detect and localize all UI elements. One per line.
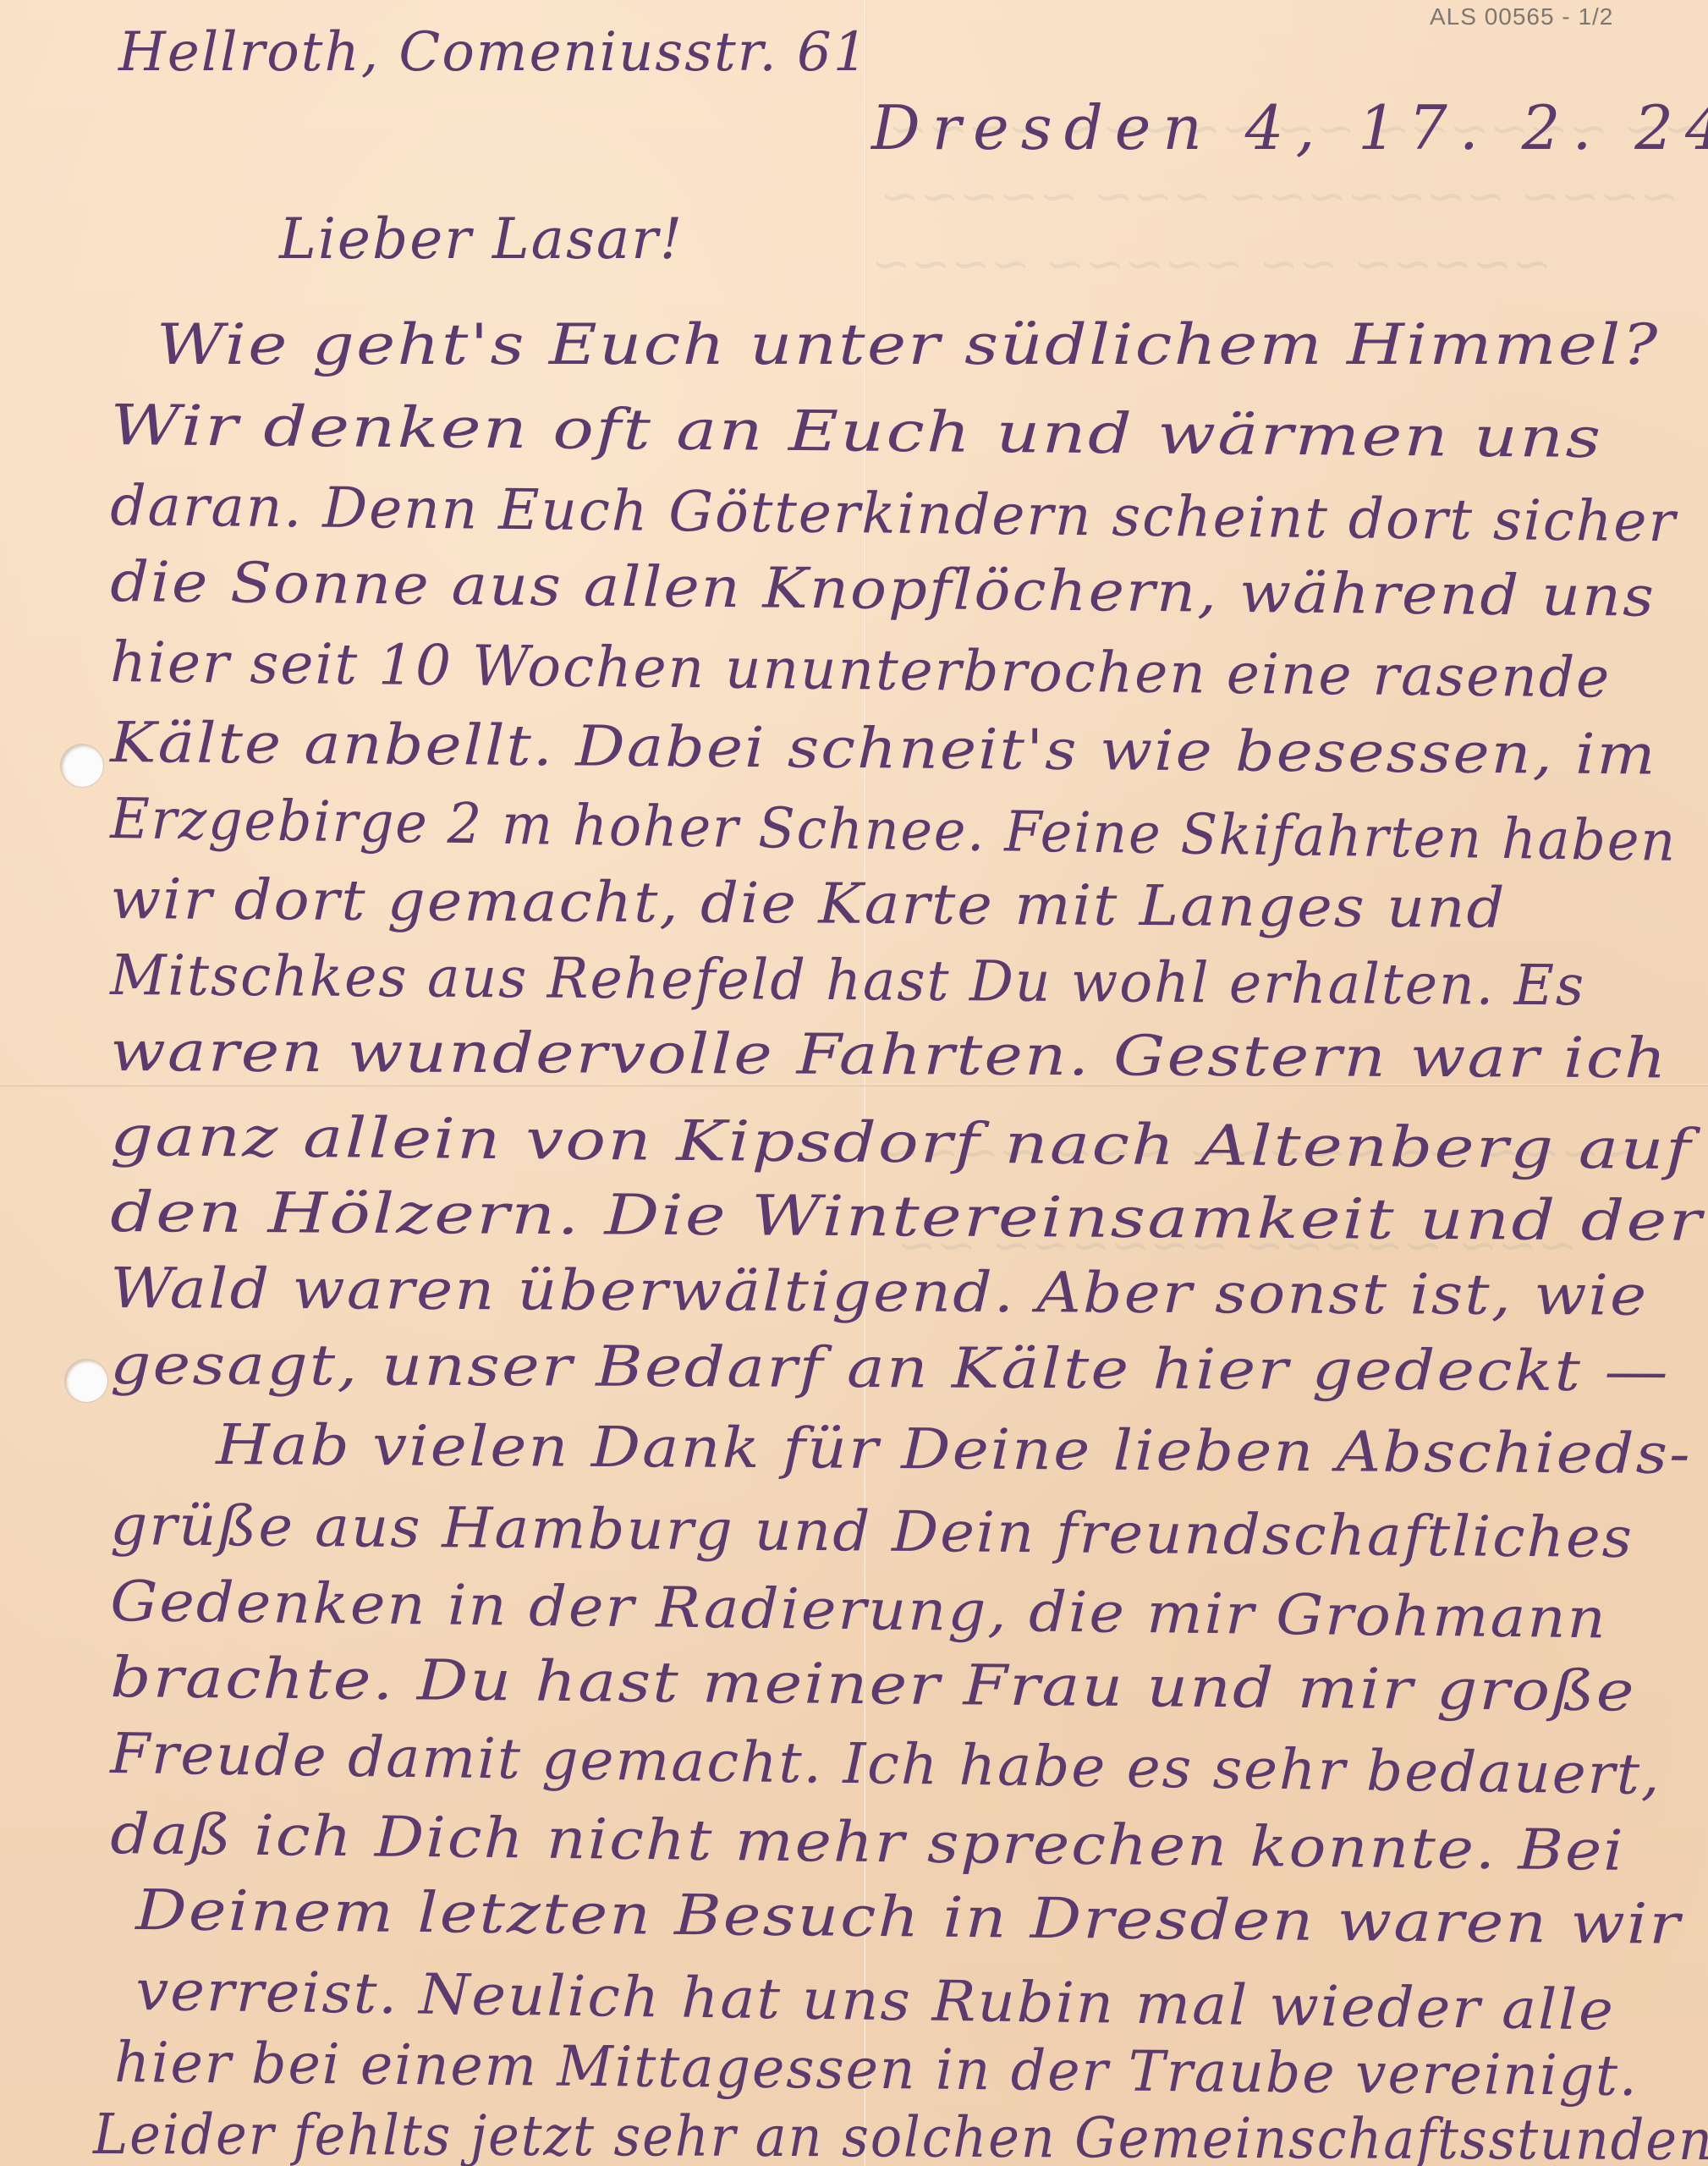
body-line: Leider fehlts jetzt sehr an solchen Geme… — [93, 2107, 1708, 2166]
body-line: den Hölzern. Die Wintereinsamkeit und de… — [110, 1185, 1704, 1250]
archive-reference-label: ALS 00565 - 1/2 — [1430, 3, 1613, 30]
body-line: die Sonne aus allen Knopflöchern, währen… — [110, 554, 1656, 625]
body-line: waren wundervolle Fahrten. Gestern war i… — [110, 1024, 1668, 1086]
body-line: hier bei einem Mittagessen in der Traube… — [114, 2035, 1639, 2104]
bleed-through-text: ~~~~~ ~~ ~~~~~ ~~~~ — [871, 237, 1551, 292]
body-line: daß ich Dich nicht mehr sprechen konnte.… — [110, 1806, 1625, 1879]
salutation: Lieber Lasar! — [279, 212, 684, 267]
body-line: Wir denken oft an Euch und wärmen uns — [110, 398, 1603, 466]
body-line: ganz allein von Kipsdorf nach Altenberg … — [110, 1108, 1693, 1178]
body-line: daran. Denn Euch Götterkindern scheint d… — [110, 478, 1677, 550]
bleed-through-text: ~~~~ ~~~~~~~ ~~~ ~~~~~ — [880, 169, 1679, 224]
body-line: Kälte anbellt. Dabei schneit's wie beses… — [110, 715, 1657, 783]
body-line: Gedenken in der Radierung, die mir Grohm… — [110, 1574, 1607, 1646]
sender-address: Hellroth, Comeniusstr. 61 — [118, 25, 869, 80]
body-line: gesagt, unser Bedarf an Kälte hier gedec… — [110, 1337, 1670, 1399]
punch-hole-bottom — [65, 1360, 107, 1402]
letter-date: Dresden 4, 17. 2. 24. — [871, 97, 1708, 158]
body-line: wir dort gemacht, die Karte mit Langes u… — [110, 871, 1507, 937]
body-line: grüße aus Hamburg und Dein freundschaftl… — [110, 1498, 1634, 1566]
body-line: Wald waren überwältigend. Aber sonst ist… — [110, 1261, 1648, 1324]
body-line: Hab vielen Dank für Deine lieben Abschie… — [216, 1417, 1692, 1482]
body-line: Mitschkes aus Rehefeld hast Du wohl erha… — [110, 948, 1585, 1014]
body-line: hier seit 10 Wochen ununterbrochen eine … — [110, 635, 1611, 706]
body-line: Deinem letzten Besuch in Dresden waren w… — [135, 1883, 1682, 1953]
body-line: Wie geht's Euch unter südlichem Himmel? — [157, 317, 1660, 373]
body-line: brachte. Du hast meiner Frau und mir gro… — [110, 1650, 1636, 1720]
punch-hole-top — [61, 745, 103, 787]
